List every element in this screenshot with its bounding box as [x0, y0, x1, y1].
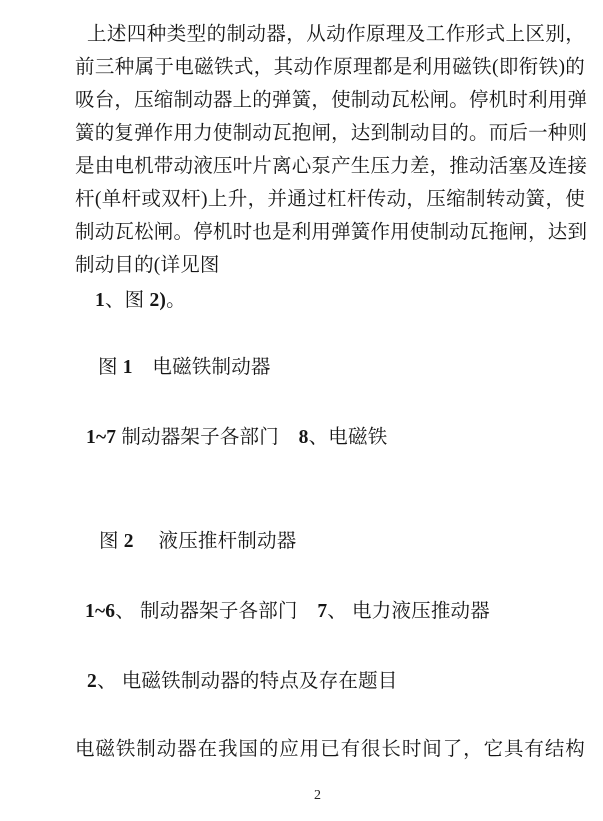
- text-segment: 、 电磁铁制动器的特点及存在题目: [97, 671, 398, 692]
- text-segment: 图: [99, 531, 124, 552]
- text-segment: 电磁铁制动器: [133, 357, 271, 378]
- text-segment: 液压推杆制动器: [134, 531, 297, 552]
- body-text-line: 是由电机带动液压叶片离心泵产生压力差，推动活塞及连接: [75, 154, 585, 180]
- section-heading: 2、 电磁铁制动器的特点及存在题目: [75, 669, 597, 695]
- text-segment: 电磁铁制动器在我国的应用已有很长时间了，它具有结构: [75, 739, 585, 760]
- text-segment: 2: [87, 671, 97, 692]
- text-segment: 图: [98, 357, 123, 378]
- figure-2-caption: 图 2 液压推杆制动器: [75, 529, 603, 555]
- text-segment: 1: [95, 290, 105, 311]
- page-number: 2: [314, 788, 321, 804]
- text-segment: 、 电力液压推动器: [327, 601, 490, 622]
- text-segment: 1: [123, 357, 133, 378]
- figure-2-legend: 1~6、 制动器架子各部门 7、 电力液压推动器: [75, 599, 595, 625]
- text-segment: 、图: [105, 290, 149, 311]
- text-segment: 2): [149, 290, 166, 311]
- text-segment: 杆(单杆或双杆)上升，并通过杠杆传动，压缩制转动簧，使: [75, 189, 585, 210]
- document-page: 上述四种类型的制动器，从动作原理及工作形式上区别， 前三种属于电磁铁式，其动作原…: [0, 0, 603, 821]
- body-text-line: 上述四种类型的制动器，从动作原理及工作形式上区别，: [75, 22, 585, 48]
- body-text-line: 制动目的(详见图: [75, 253, 585, 279]
- text-segment: 吸台，压缩制动器上的弹簧，使制动瓦松闸。停机时利用弹: [75, 90, 587, 111]
- text-segment: 是由电机带动液压叶片离心泵产生压力差，推动活塞及连接: [75, 156, 587, 177]
- text-segment: 、电磁铁: [309, 427, 388, 448]
- figure-1-caption: 图 1 电磁铁制动器: [75, 355, 603, 381]
- text-segment: 8: [299, 427, 309, 448]
- text-segment: 制动器架子各部门: [116, 427, 298, 448]
- figure-reference-line: 1、图 2)。: [75, 288, 603, 314]
- text-segment: 上述四种类型的制动器，从动作原理及工作形式上区别，: [87, 24, 585, 45]
- body-text-line: 前三种属于电磁铁式，其动作原理都是利用磁铁(即衔铁)的: [75, 55, 585, 81]
- text-segment: 簧的复弹作用力使制动瓦抱闸，达到制动目的。而后一种则: [75, 123, 587, 144]
- text-segment: 制动瓦松闸。停机时也是利用弹簧作用使制动瓦拖闸，达到: [75, 222, 587, 243]
- text-segment: 2: [124, 531, 134, 552]
- body-text-line: 簧的复弹作用力使制动瓦抱闸，达到制动目的。而后一种则: [75, 121, 585, 147]
- text-segment: 前三种属于电磁铁式，其动作原理都是利用磁铁(即衔铁)的: [75, 57, 585, 78]
- body-text-line: 吸台，压缩制动器上的弹簧，使制动瓦松闸。停机时利用弹: [75, 88, 585, 114]
- text-segment: 、 制动器架子各部门: [115, 601, 317, 622]
- body-text-line: 杆(单杆或双杆)上升，并通过杠杆传动，压缩制转动簧，使: [75, 187, 585, 213]
- text-segment: 1~7: [86, 427, 116, 448]
- body-text-line: 制动瓦松闸。停机时也是利用弹簧作用使制动瓦拖闸，达到: [75, 220, 585, 246]
- figure-1-legend: 1~7 制动器架子各部门 8、电磁铁: [75, 425, 596, 451]
- text-segment: 1~6: [85, 601, 115, 622]
- text-segment: 。: [166, 290, 186, 311]
- text-segment: 制动目的(详见图: [75, 255, 220, 276]
- body-text-line: 电磁铁制动器在我国的应用已有很长时间了，它具有结构: [75, 737, 585, 763]
- text-segment: 7: [317, 601, 327, 622]
